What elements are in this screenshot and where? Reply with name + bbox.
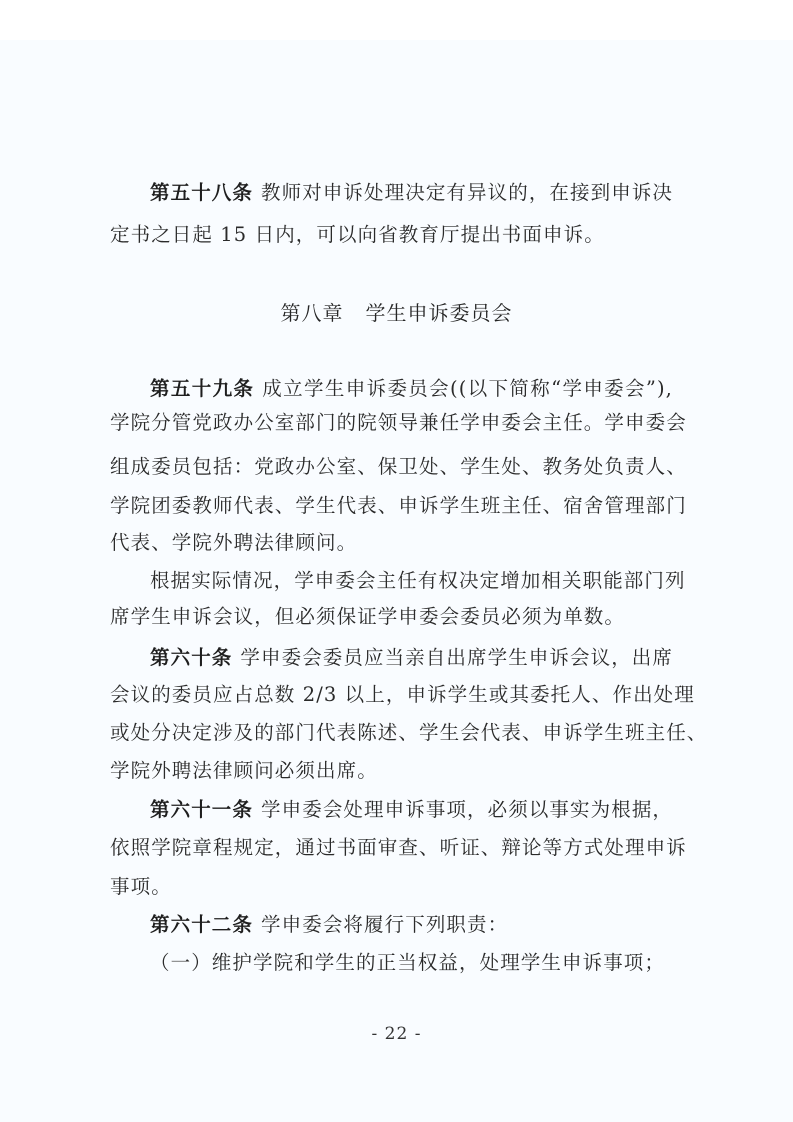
article-text: 学申委会将履行下列职责：: [261, 913, 508, 936]
article-label: 第六十一条: [150, 798, 253, 821]
article-60-line-1: 第六十条学申委会委员应当亲自出席学生申诉会议，出席: [110, 646, 673, 670]
page-number: - 22 -: [0, 1024, 793, 1044]
chapter-heading: 第八章学生申诉委员会: [0, 297, 793, 326]
article-61-line-1: 第六十一条学申委会处理申诉事项，必须以事实为根据，: [110, 798, 673, 822]
article-text: 成立学生申诉委员会((以下简称“学申委会”),: [262, 377, 673, 400]
article-59-line-2: 学院分管党政办公室部门的院领导兼任学申委会主任。学申委会: [110, 411, 673, 435]
article-62-line-1: 第六十二条学申委会将履行下列职责：: [110, 913, 508, 937]
article-58-line-2: 定书之日起 15 日内，可以向省教育厅提出书面申诉。: [110, 223, 605, 247]
chapter-title: 学生申诉委员会: [366, 301, 513, 325]
article-text: 学申委会处理申诉事项，必须以事实为根据，: [261, 798, 673, 821]
article-58-line-1: 第五十八条教师对申诉处理决定有异议的，在接到申诉决: [110, 181, 673, 205]
article-label: 第五十八条: [150, 181, 253, 204]
article-60-line-4: 学院外聘法律顾问必须出席。: [110, 759, 378, 783]
article-61-line-2: 依照学院章程规定，通过书面审查、听证、辩论等方式处理申诉: [110, 836, 673, 860]
page-top-margin: [0, 0, 793, 40]
article-text: 学申委会委员应当亲自出席学生申诉会议，出席: [240, 646, 673, 669]
article-59-line-3: 组成委员包括：党政办公室、保卫处、学生处、教务处负责人、: [110, 455, 673, 479]
article-text: 教师对申诉处理决定有异议的，在接到申诉决: [261, 181, 673, 204]
article-label: 第五十九条: [150, 377, 254, 400]
chapter-number: 第八章: [281, 301, 344, 325]
article-label: 第六十二条: [150, 913, 253, 936]
article-60-line-2: 会议的委员应占总数 2/3 以上，申诉学生或其委托人、作出处理: [110, 683, 673, 707]
article-59-line-5: 代表、学院外聘法律顾问。: [110, 531, 357, 555]
article-59-para2-line-1: 根据实际情况，学申委会主任有权决定增加相关职能部门列: [110, 569, 673, 593]
article-label: 第六十条: [150, 646, 232, 669]
article-61-line-3: 事项。: [110, 875, 172, 899]
article-62-item-1: （一）维护学院和学生的正当权益，处理学生申诉事项；: [110, 951, 665, 975]
article-59-line-1: 第五十九条成立学生申诉委员会((以下简称“学申委会”),: [110, 377, 673, 401]
article-59-line-4: 学院团委教师代表、学生代表、申诉学生班主任、宿舍管理部门: [110, 494, 673, 518]
article-59-para2-line-2: 席学生申诉会议，但必须保证学申委会委员必须为单数。: [110, 605, 625, 629]
article-60-line-3: 或处分决定涉及的部门代表陈述、学生会代表、申诉学生班主任、: [110, 721, 673, 745]
